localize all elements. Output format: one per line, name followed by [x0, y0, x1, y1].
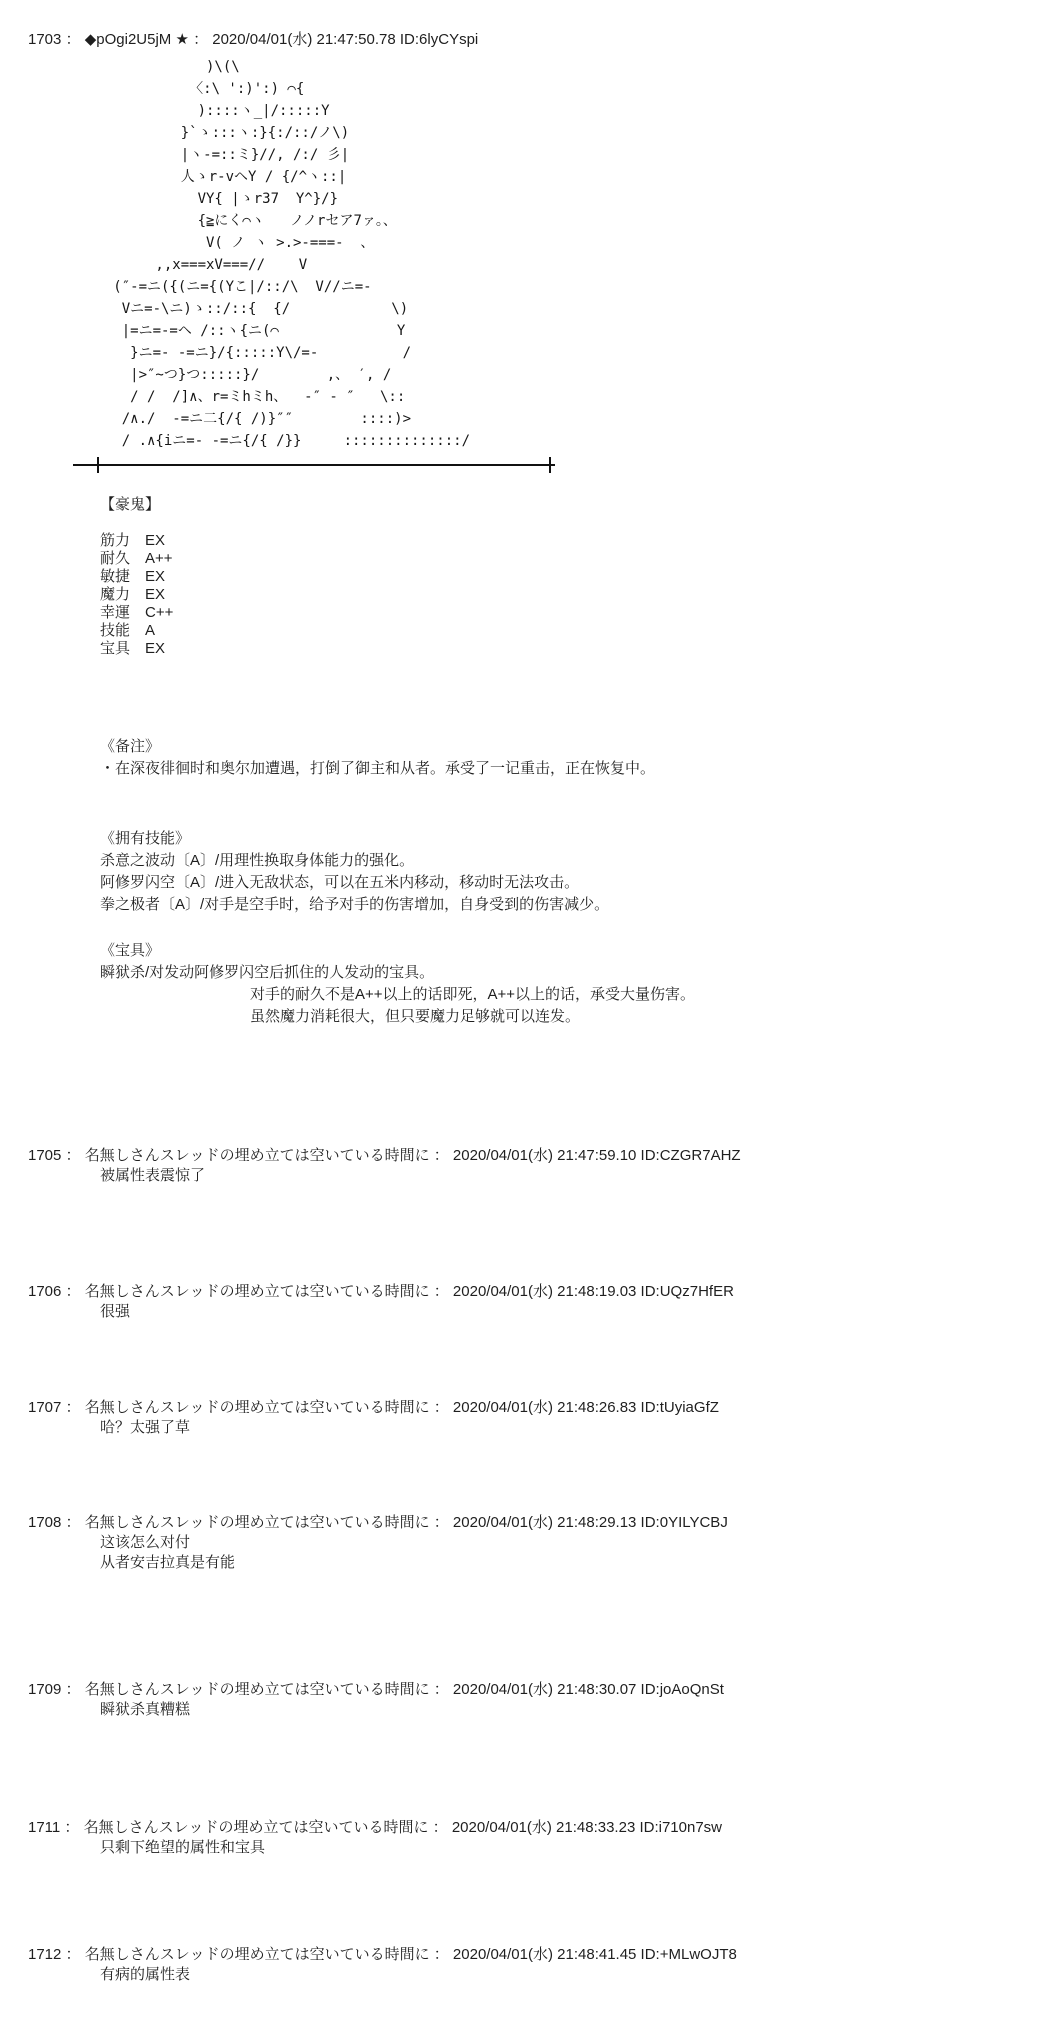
skills-section-title: 《拥有技能》: [100, 828, 1040, 850]
notes-section-title: 《备注》: [100, 736, 1040, 758]
post-number: 1712: [28, 1946, 61, 1963]
header-separator: ：: [428, 1819, 451, 1836]
post-number: 1709: [28, 1681, 61, 1698]
servant-stat-lines: 筋力 EX 耐久 A++ 敏捷 EX 魔力 EX 幸運 C++ 技能 A 宝具 …: [100, 532, 1040, 658]
header-separator: ：: [61, 1399, 84, 1416]
header-separator: ：: [61, 1147, 84, 1164]
post-number: 1708: [28, 1514, 61, 1531]
header-separator: ：: [61, 31, 84, 48]
reply-post-body: 瞬狱杀真糟糕: [100, 1700, 1040, 1720]
header-separator: ：: [430, 1147, 453, 1164]
noble-phantasm-section-title: 《宝具》: [100, 940, 1040, 962]
servant-name-title: 【豪鬼】: [100, 496, 1040, 514]
reply-post: 1709 ： 名無しさんスレッドの埋め立ては空いている時間に ： 2020/04…: [28, 1680, 1040, 1720]
header-separator: ：: [430, 1681, 453, 1698]
noble-phantasm-section: 《宝具》 瞬狱杀/对发动阿修罗闪空后抓住的人发动的宝具。 对手的耐久不是A++以…: [100, 940, 1040, 1028]
post-author-name: 名無しさんスレッドの埋め立ては空いている時間に: [85, 1946, 430, 1963]
op-post: 1703 ： ◆pOgi2U5jM ★ ： 2020/04/01(水) 21:4…: [28, 30, 1040, 1028]
header-separator: ：: [189, 31, 212, 48]
ground-line-left-tick: [97, 457, 99, 473]
post-number: 1711: [28, 1819, 60, 1836]
notes-section: 《备注》 ・在深夜徘徊时和奥尔加遭遇，打倒了御主和从者。承受了一记重击，正在恢复…: [100, 736, 1040, 780]
header-separator: ：: [61, 1283, 84, 1300]
ascii-art: )\(\ 〈:\ ':)':) ⌒{ )::::ヽ_|/:::::Y }`ゝ::…: [88, 56, 1040, 452]
header-separator: ：: [61, 1681, 84, 1698]
header-separator: ：: [430, 1283, 453, 1300]
reply-post: 1707 ： 名無しさんスレッドの埋め立ては空いている時間に ： 2020/04…: [28, 1398, 1040, 1438]
noble-phantasm-section-body: 瞬狱杀/对发动阿修罗闪空后抓住的人发动的宝具。 对手的耐久不是A++以上的话即死…: [100, 962, 1040, 1028]
post-author-name: ◆pOgi2U5jM ★: [85, 31, 189, 48]
reply-post: 1705 ： 名無しさんスレッドの埋め立ては空いている時間に ： 2020/04…: [28, 1146, 1040, 1186]
reply-post-header: 1705 ： 名無しさんスレッドの埋め立ては空いている時間に ： 2020/04…: [28, 1146, 1040, 1166]
post-datetime-id: 2020/04/01(水) 21:48:33.23 ID:i710n7sw: [452, 1819, 722, 1836]
post-author-name: 名無しさんスレッドの埋め立ては空いている時間に: [85, 1399, 430, 1416]
post-number: 1707: [28, 1399, 61, 1416]
reply-post-body: 只剩下绝望的属性和宝具: [100, 1838, 1040, 1858]
post-datetime-id: 2020/04/01(水) 21:48:26.83 ID:tUyiaGfZ: [453, 1399, 719, 1416]
notes-section-body: ・在深夜徘徊时和奥尔加遭遇，打倒了御主和从者。承受了一记重击，正在恢复中。: [100, 758, 1040, 780]
ascii-art-ground-line: [73, 464, 555, 474]
post-datetime-id: 2020/04/01(水) 21:48:41.45 ID:+MLwOJT8: [453, 1946, 737, 1963]
reply-post-header: 1708 ： 名無しさんスレッドの埋め立ては空いている時間に ： 2020/04…: [28, 1513, 1040, 1533]
reply-post-body: 被属性表震惊了: [100, 1166, 1040, 1186]
reply-post-body: 很强: [100, 1302, 1040, 1322]
header-separator: ：: [61, 1514, 84, 1531]
post-datetime-id: 2020/04/01(水) 21:47:50.78 ID:6lyCYspi: [212, 31, 478, 48]
post-number: 1705: [28, 1147, 61, 1164]
post-datetime-id: 2020/04/01(水) 21:47:59.10 ID:CZGR7AHZ: [453, 1147, 741, 1164]
reply-post-body: 这该怎么对付 从者安吉拉真是有能: [100, 1533, 1040, 1573]
reply-post-header: 1706 ： 名無しさんスレッドの埋め立ては空いている時間に ： 2020/04…: [28, 1282, 1040, 1302]
reply-post-header: 1712 ： 名無しさんスレッドの埋め立ては空いている時間に ： 2020/04…: [28, 1945, 1040, 1965]
header-separator: ：: [430, 1946, 453, 1963]
reply-post: 1712 ： 名無しさんスレッドの埋め立ては空いている時間に ： 2020/04…: [28, 1945, 1040, 1985]
post-number: 1703: [28, 31, 61, 48]
reply-post: 1708 ： 名無しさんスレッドの埋め立ては空いている時間に ： 2020/04…: [28, 1513, 1040, 1573]
post-datetime-id: 2020/04/01(水) 21:48:19.03 ID:UQz7HfER: [453, 1283, 734, 1300]
post-datetime-id: 2020/04/01(水) 21:48:30.07 ID:joAoQnSt: [453, 1681, 724, 1698]
reply-post: 1706 ： 名無しさんスレッドの埋め立ては空いている時間に ： 2020/04…: [28, 1282, 1040, 1322]
ground-line-right-tick: [549, 457, 551, 473]
post-author-name: 名無しさんスレッドの埋め立ては空いている時間に: [85, 1147, 430, 1164]
skills-section: 《拥有技能》 杀意之波动〔A〕/用理性换取身体能力的强化。 阿修罗闪空〔A〕/进…: [100, 828, 1040, 916]
reply-post-header: 1709 ： 名無しさんスレッドの埋め立ては空いている時間に ： 2020/04…: [28, 1680, 1040, 1700]
post-author-name: 名無しさんスレッドの埋め立ては空いている時間に: [85, 1283, 430, 1300]
reply-post: 1711 ： 名無しさんスレッドの埋め立ては空いている時間に ： 2020/04…: [28, 1818, 1040, 1858]
post-author-name: 名無しさんスレッドの埋め立ては空いている時間に: [85, 1514, 430, 1531]
header-separator: ：: [60, 1819, 83, 1836]
header-separator: ：: [430, 1399, 453, 1416]
post-author-name: 名無しさんスレッドの埋め立ては空いている時間に: [85, 1681, 430, 1698]
reply-post-body: 有病的属性表: [100, 1965, 1040, 1985]
reply-post-header: 1711 ： 名無しさんスレッドの埋め立ては空いている時間に ： 2020/04…: [28, 1818, 1040, 1838]
post-author-name: 名無しさんスレッドの埋め立ては空いている時間に: [84, 1819, 429, 1836]
header-separator: ：: [430, 1514, 453, 1531]
skills-section-body: 杀意之波动〔A〕/用理性换取身体能力的强化。 阿修罗闪空〔A〕/进入无敌状态，可…: [100, 850, 1040, 916]
servant-status-block: 【豪鬼】 筋力 EX 耐久 A++ 敏捷 EX 魔力 EX 幸運 C++ 技能 …: [100, 478, 1040, 676]
reply-post-header: 1707 ： 名無しさんスレッドの埋め立ては空いている時間に ： 2020/04…: [28, 1398, 1040, 1418]
header-separator: ：: [61, 1946, 84, 1963]
post-number: 1706: [28, 1283, 61, 1300]
reply-post-body: 哈？太强了草: [100, 1418, 1040, 1438]
thread: 1703 ： ◆pOgi2U5jM ★ ： 2020/04/01(水) 21:4…: [0, 0, 1050, 2025]
post-datetime-id: 2020/04/01(水) 21:48:29.13 ID:0YILYCBJ: [453, 1514, 728, 1531]
op-post-header: 1703 ： ◆pOgi2U5jM ★ ： 2020/04/01(水) 21:4…: [28, 30, 1040, 50]
